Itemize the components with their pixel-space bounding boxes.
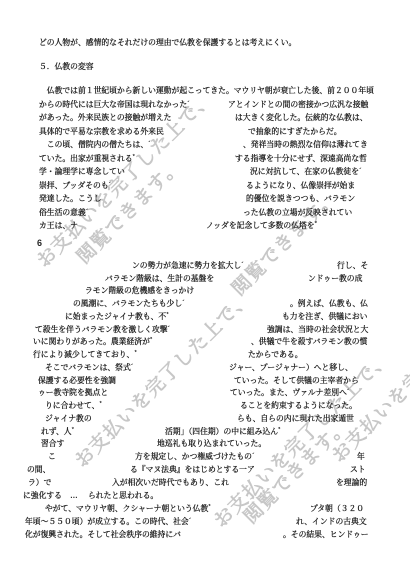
text-fragment: ノッダを記念して多数の仏塔をﾞ: [206, 221, 319, 231]
text-fragment: からの時代には巨大な帝国は現れなかった´: [39, 100, 190, 110]
text-fragment: ジャー、プージャナー）へと移し、: [229, 363, 353, 373]
text-fragment: 、供犠で牛を殺すバラモン教の慣: [251, 337, 367, 347]
text-fragment: りに合わせて、ﾞ: [45, 401, 103, 411]
text-fragment: 、発祥当時の熱烈な信仰は薄れてき: [243, 140, 368, 150]
text-fragment: スト: [350, 465, 366, 475]
text-fragment: そこでバラモンは、祭式´: [45, 363, 133, 373]
text-fragment: 年: [357, 452, 365, 462]
text-fragment: 化が復興された。そして社会秩序の維持にバ: [25, 530, 181, 540]
watermark-text: お支払いを完了した上で、: [328, 283, 410, 467]
text-fragment: 方を規定し、かつ権威づけたもの´: [135, 452, 255, 462]
text-fragment: 行し、そ: [337, 261, 368, 271]
text-fragment: どの人物が、感情的なそれだけの理由で仏教を保護するとは考えにくい。: [39, 38, 296, 48]
text-fragment: は大きく変化した。伝統的な仏教は、: [235, 113, 368, 123]
text-fragment: バラモン階級は、生計の基盤を: [105, 274, 214, 284]
text-fragment: ５．仏教の変容: [39, 62, 94, 72]
text-fragment: 。例えば、仏教も、仏: [290, 299, 368, 309]
text-fragment: も力を注ぎ、供犠におい: [282, 312, 367, 322]
text-fragment: たからである。: [248, 350, 303, 360]
text-fragment: 行により減少してきており、ﾞ: [33, 350, 138, 360]
text-fragment: の風潮に、バラモンたちも少し´: [73, 299, 185, 309]
text-fragment: った仏教の立場が反映されてい: [243, 208, 352, 218]
text-fragment: 学・論理学に専念してい: [39, 167, 125, 177]
text-fragment: 保護する必要性を強調: [38, 376, 116, 386]
text-fragment: ジャイナ教の: [45, 414, 92, 424]
text-fragment: れ、インドの古典文: [296, 517, 367, 527]
text-fragment: ゥー教寺院を拠点と: [38, 388, 108, 398]
text-fragment: に始まったジャイナ教も、不ﾞ: [65, 312, 170, 322]
text-fragment: があった。外来民族との接触が増えた: [39, 113, 171, 123]
text-fragment: ていた。出家が重視されるﾞ: [39, 154, 136, 164]
text-fragment: らも、自らの内に現れた出家遁世: [237, 414, 354, 424]
text-fragment: 年頃～５５０頃）が成立する。この時代、社会´: [25, 517, 191, 527]
text-fragment: 活期」（四住期）の中に組み込んﾞ: [165, 427, 282, 437]
text-fragment: …: [70, 491, 78, 501]
text-fragment: られたと思われる。: [88, 491, 158, 501]
text-fragment: を理論的: [336, 478, 367, 488]
text-fragment: ラ）で: [28, 478, 51, 488]
text-fragment: 具体的で平易な宗教を求める外来民: [39, 127, 164, 137]
text-fragment: 発達した。こうし: [39, 194, 101, 204]
text-fragment: 崇拝、ブッダそのも´: [39, 181, 111, 191]
text-fragment: ていった。また、ヴァルナ差別へ´: [230, 388, 349, 398]
text-fragment: で抽象的にすぎたからだ。: [248, 127, 342, 137]
text-fragment: 地巡礼も取り込まれていった。: [157, 439, 266, 449]
text-fragment: に強化する: [23, 491, 62, 501]
text-fragment: て殺生を伴うバラモン教を激しく攻撃´: [35, 325, 170, 335]
text-fragment: 況に対抗して、在家の仏教徒を´: [250, 167, 362, 177]
text-fragment: 強調は、当時の社会状況と大: [267, 325, 368, 335]
text-fragment: れず、人ﾞ: [41, 427, 75, 437]
text-fragment: ることを約束するようになった。: [240, 401, 357, 411]
text-fragment: する指導を十分にせず、深遠高尚な哲: [235, 154, 367, 164]
text-fragment: ンドゥー教の成: [308, 274, 362, 284]
text-fragment: この頃、僧院内の僧たちは、´: [39, 140, 151, 150]
text-fragment: ていった。そして供犠の主宰者から: [234, 376, 359, 386]
text-fragment: やがて、マウリヤ朝、クシャーナ朝という仏教ﾞ: [45, 504, 212, 514]
text-fragment: ラモン階級の危機感をきっかけ: [85, 286, 194, 296]
text-fragment: プタ朝（３２０: [310, 504, 364, 514]
text-fragment: 習合す: [41, 439, 64, 449]
document-page: お支払いを完了した上で、閲覧できます。閲覧できます。お支払いを完了した上で、お支…: [0, 0, 410, 580]
page-number: 6: [37, 238, 42, 248]
text-fragment: 。その結果、ヒンドゥー: [283, 530, 369, 540]
text-fragment: ンの勢力が急速に勢力を拡大し´: [132, 261, 244, 271]
text-fragment: 俗生活の意義´: [39, 208, 88, 218]
text-fragment: カ王は、ナ: [39, 221, 78, 231]
text-fragment: 入が相次いだ時代でもあり、これ: [112, 478, 229, 488]
text-fragment: こ: [48, 452, 56, 462]
text-fragment: るようになり、仏像崇拝が始ま: [246, 181, 355, 191]
text-fragment: る『マヌ法典』をはじめとする一ア: [130, 465, 255, 475]
text-fragment: の間、: [27, 465, 50, 475]
text-fragment: 的優位を説きつつも、バラモン: [246, 194, 355, 204]
text-fragment: 仏教では前１世紀頃から新しい運動が起こってきた。マウリヤ朝が衰亡した後、前２００…: [39, 86, 374, 96]
text-fragment: いに関わりがあった。農業経済がﾞ: [33, 337, 154, 347]
text-fragment: アとインドとの間の密接かつ広汎な接触: [228, 100, 368, 110]
